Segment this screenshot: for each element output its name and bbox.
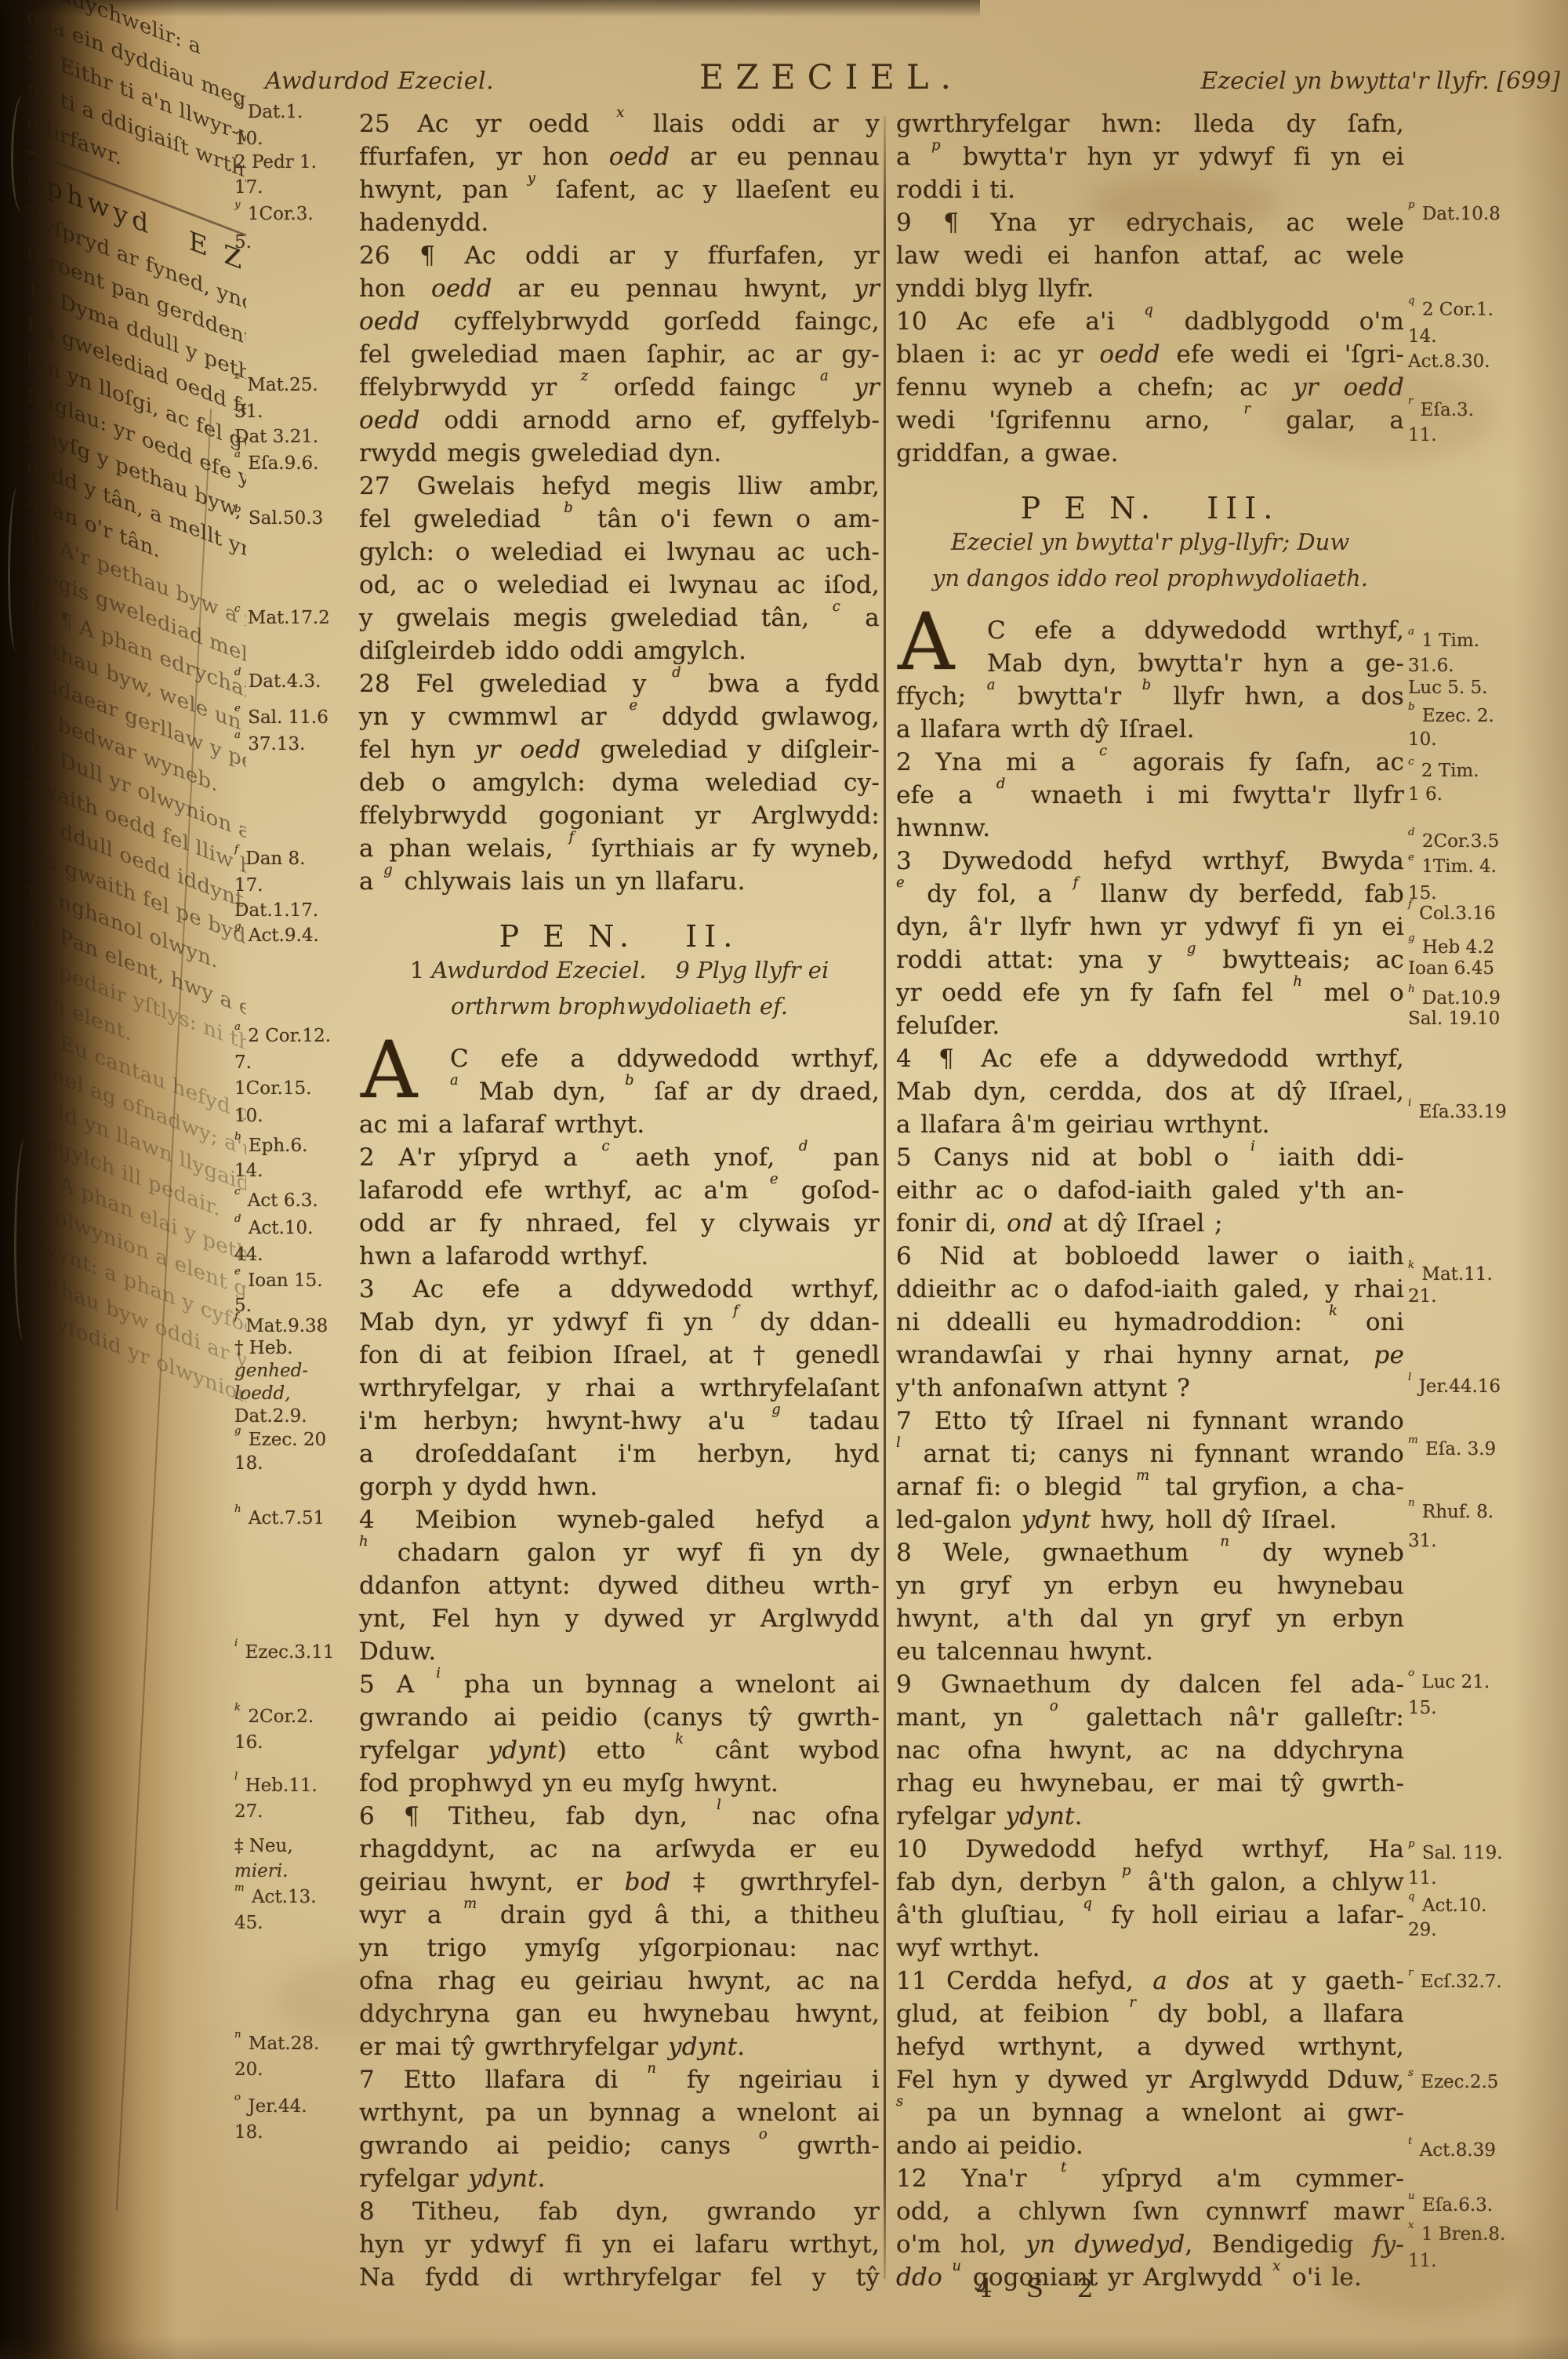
text-line: Dduw. [359,1636,880,1667]
margin-note: k 2Cor.2. [234,1707,314,1727]
page-gutter: l a ddychwelir: adda ein dyddiau megis c… [0,0,246,2359]
margin-note: 16. [234,1732,263,1753]
text-line: a llafara wrth dŷ Iſrael. [896,714,1404,745]
text-line: ynt, Fel hyn y dywed yr Arglwydd [359,1603,880,1634]
previous-page-fragment: l a ddychwelir: adda ein dyddiau megis c… [27,0,246,1459]
text-line: hefyd wrthynt, a dywed wrthynt, [896,2031,1404,2063]
text-line: eithr ac o dafod-iaith galed y'th an- [896,1175,1404,1206]
margin-note: 44. [234,1245,263,1265]
pen-scribble [11,94,34,212]
text-line: 25 Ac yr oedd x llais oddi ar y [359,108,880,140]
text-line: a llafara â'm geiriau wrthynt. [896,1109,1404,1140]
text-line: Na fydd di wrthryfelgar fel y tŷ [359,2262,880,2293]
text-line: 6 ¶ Titheu, fab dyn, l nac ofna [359,1801,880,1832]
text-line: C efe a ddywedodd wrthyf, [359,1043,880,1074]
text-line: Mab dyn, bwytta'r hyn a ge- [896,648,1404,679]
text-line: a g chlywais lais un yn llafaru. [359,866,880,897]
chapter-heading: P E N. II. [359,919,880,954]
margin-note: 21. [1408,1286,1437,1307]
text-line: 7 Etto tŷ Iſrael ni fynnant wrando [896,1405,1404,1437]
text-line: s pa un bynnag a wnelont ai gwr- [896,2097,1404,2128]
margin-note: i Ezec.3.11 [234,1642,335,1663]
text-line: ryfelgar ydynt. [359,2163,880,2194]
text-line: feluſder. [896,1010,1404,1041]
text-line: law wedi ei hanfon attaf, ac wele [896,240,1404,271]
text-line: 9 Gwnaethum dy dalcen fel ada- [896,1669,1404,1700]
margin-note: b Eph.6. [234,1136,307,1156]
margin-note: e Ioan 15. [234,1270,323,1291]
text-line: fel hyn yr oedd gwelediad y diſgleir- [359,734,880,765]
margin-note: 10. [234,129,263,149]
text-line: 8 Wele, gwnaethum n dy wyneb [896,1537,1404,1568]
text-line: ffelybrwydd gogoniant yr Arglwydd: [359,800,880,831]
text-line: led-galon ydynt hwy, holl dŷ Iſrael. [896,1504,1404,1536]
margin-note: 29. [1408,1920,1437,1940]
text-line: er mai tŷ gwrthryfelgar ydynt. [359,2031,880,2063]
chapter-summary-line: 1 Awdurdod Ezeciel. 9 Plyg llyfr ei [359,957,880,983]
margin-note: 31. [234,402,263,422]
text-line: â'th gluſtiau, q fy holl eiriau a lafar- [896,1899,1404,1931]
margin-note: y 1Cor.3. [234,204,314,224]
text-line: wrthynt, pa un bynnag a wnelont ai [359,2097,880,2128]
text-line: hwynt, pan y ſafent, ac y llaeſent eu [359,174,880,205]
text-line: roddi attat: yna y g bwytteais; ac [896,944,1404,976]
margin-note: 17. [234,875,263,896]
margin-note: h Dat.10.9 [1408,988,1501,1009]
text-line: C efe a ddywedodd wrthyf, [896,615,1404,646]
text-line: arnaf fi: o blegid m tal gryfion, a cha- [896,1471,1404,1503]
text-line: 11 Cerdda hefyd, a dos at y gaeth- [896,1965,1404,1997]
text-line: ando ai peidio. [896,2130,1404,2161]
text-line: fonir di, ond at dŷ Iſrael ; [896,1208,1404,1239]
margin-note: p Sal. 119. [1408,1843,1503,1863]
margin-note: n Rhuf. 8. [1408,1502,1494,1522]
pen-scribble [8,486,26,651]
text-line: hwynt, a'th dal yn gryf yn erbyn [896,1603,1404,1634]
margin-note: 20. [234,2059,263,2080]
text-line: glud, at feibion r dy bobl, a llafara [896,1998,1404,2030]
margin-note: Ioan 6.45 [1408,958,1494,979]
text-line: 3 Ac efe a ddywedodd wrthyf, [359,1274,880,1305]
margin-note: 45. [234,1913,263,1933]
page-bottom-shadow [0,2335,1568,2359]
text-line: fel gwelediad b tân o'i fewn o am- [359,503,880,535]
margin-note: Act.8.30. [1408,351,1490,372]
page-top-shadow [0,0,980,17]
text-line: 12 Yna'r t yſpryd a'm cymmer- [896,2163,1404,2194]
margin-note: c Mat.17.2 [234,608,330,628]
margin-note: r Ecſ.32.7. [1408,1972,1502,1992]
text-line: yn gryf yn erbyn eu hwynebau [896,1570,1404,1601]
text-line: odd ar fy nhraed, fel y clywais yr [359,1208,880,1239]
text-line: fel gwelediad maen ſaphir, ac ar gy- [359,339,880,370]
text-line: 4 Meibion wyneb-galed hefyd a [359,1504,880,1536]
margin-note: i Eſa.33.19 [1408,1102,1507,1122]
margin-note: 11. [1408,1868,1437,1888]
text-line: 5 A i pha un bynnag a wnelont ai [359,1669,880,1700]
page-right-shadow [1513,0,1568,2359]
text-line: nac ofna hwynt, ac na ddychryna [896,1735,1404,1766]
margin-note: d Dat.4.3. [234,671,321,692]
margin-note: Dat.2.9. [234,1406,307,1427]
margin-note: u Eſa.6.3. [1408,2195,1493,2215]
margin-note: † Heb. [234,1338,293,1358]
text-line: fon di at feibion Iſrael, at † genedl [359,1339,880,1371]
paper-stain [274,1961,439,2039]
text-line: hyn yr ydwyf fi yn ei lafaru wrthyt, [359,2229,880,2260]
margin-note: a 1 Tim. [1408,631,1479,651]
text-line: wrandawſai y rhai hynny arnat, pe [896,1339,1404,1371]
margin-note: ‡ Neu, [234,1836,293,1856]
text-line: 28 Fel gwelediad y d bwa a fydd [359,668,880,700]
margin-note: 31.6. [1408,656,1454,676]
margin-note: 10. [234,1106,263,1126]
margin-note: q Act.10. [1408,1896,1486,1916]
text-line: ffurfafen, yr hon oedd ar eu pennau [359,141,880,173]
text-line: rhagddynt, ac na arſwyda er eu [359,1834,880,1865]
text-line: gorph y dydd hwn. [359,1471,880,1503]
text-line: ddieithr ac o dafod-iaith galed, y rhai [896,1274,1404,1305]
text-line: hon oedd ar eu pennau hwynt, yr [359,273,880,304]
text-column-right: gwrthryfelgar hwn: lleda dy ſafn,a p bwy… [896,0,1404,2359]
margin-note: l Jer.44.16 [1408,1376,1501,1397]
text-line: 6 Nid at bobloedd lawer o iaith [896,1241,1404,1272]
text-line: rwydd megis gwelediad dyn. [359,438,880,469]
margin-note: 15. [1408,1698,1437,1718]
text-line: deb o amgylch: dyma welediad cy- [359,767,880,798]
text-line: 3 Dywedodd hefyd wrthyf, Bwyda [896,845,1404,877]
margin-note: g Ezec. 20 [234,1430,326,1450]
margin-note: c Act 6.3. [234,1190,318,1211]
margin-note: 7. [234,1052,252,1073]
text-line: l arnat ti; canys ni fynnant wrando [896,1438,1404,1470]
margin-note: 14. [234,1161,263,1181]
margin-note: f Dan 8. [234,849,305,869]
margin-note: c 2 Tim. [1408,761,1479,781]
text-line: fod prophwyd yn eu myſg hwynt. [359,1768,880,1799]
text-line: 4 ¶ Ac efe a ddywedodd wrthyf, [896,1043,1404,1074]
text-line: gwrthryfelgar hwn: lleda dy ſafn, [896,108,1404,140]
text-line: lafarodd efe wrthyf, ac a'm e goſod- [359,1175,880,1206]
margin-note: k Mat.11. [1408,1264,1493,1285]
text-line: 7 Etto llafara di n fy ngeiriau i [359,2064,880,2095]
margin-note: z Mat.25. [234,375,318,395]
margin-note: q 2 Cor.1. [1408,300,1494,320]
text-line: gylch: o welediad ei lwynau ac uch- [359,536,880,568]
margin-note: 17. [234,177,263,198]
text-line: wrthryfelgar, y rhai a wrthryfelaſant [359,1372,880,1404]
margin-note: 1Cor.15. [234,1078,311,1099]
text-line: a p bwytta'r hyn yr ydwyf fi yn ei [896,141,1404,173]
text-line: fab dyn, derbyn p â'th galon, a chlyw [896,1866,1404,1898]
text-line: ni ddealli eu hymadroddion: k oni [896,1307,1404,1338]
margin-note: 27. [234,1801,263,1822]
margin-note: g Heb 4.2 [1408,937,1494,958]
text-line: y'th anfonaſwn attynt ? [896,1372,1404,1404]
text-line: odd, a chlywn ſwn cynnwrf mawr [896,2196,1404,2227]
margin-note: b Sal.50.3 [234,508,323,529]
text-line: gwrando ai peidio; canys o gwrth- [359,2130,880,2161]
margin-note: s Ezec.2.5 [1408,2072,1498,2092]
text-line: ffelybrwydd yr z orſedd faingc a yr [359,372,880,403]
chapter-summary-line: orthrwm brophwydoliaeth ef. [359,993,880,1020]
margin-note: loedd, [234,1383,291,1404]
text-line: ffych; a bwytta'r b llyfr hwn, a dos [896,681,1404,712]
book-page: l a ddychwelir: adda ein dyddiau megis c… [0,0,1568,2359]
margin-note: f Mat.9.38 [234,1316,328,1336]
chapter-summary-line: Ezeciel yn bwytta'r plyg-llyfr; Duw [896,529,1404,555]
margin-note: Sal. 19.10 [1408,1009,1500,1029]
margin-note: a 37.13. [234,734,305,754]
paper-stain [1266,369,1494,463]
text-line: hwnnw. [896,812,1404,844]
text-line: oedd cyffelybrwydd gorſedd faingc, [359,306,880,337]
column-divider-rule [884,116,886,2279]
text-line: ynddi blyg llyfr. [896,273,1404,304]
text-line: blaen i: ac yr oedd efe wedi ei 'ſgri- [896,339,1404,370]
text-line: oedd oddi arnodd arno ef, gyffelyb- [359,405,880,436]
margin-note: 15. [1408,883,1437,903]
text-line: gwrando ai peidio (canys tŷ gwrth- [359,1702,880,1733]
text-line: h chadarn galon yr wyf fi yn dy [359,1537,880,1568]
margin-note: 1 6. [1408,784,1443,805]
margin-note: f Col.3.16 [1408,903,1496,924]
text-line: wyr a m drain gyd â thi, a thitheu [359,1899,880,1931]
margin-note: d 2Cor.3.5 [1408,831,1499,852]
text-line: mant, yn o galettach nâ'r galleſtr: [896,1702,1404,1733]
margin-note: a 2 Cor.12. [234,1026,331,1046]
text-line: 10 Ac efe a'i q dadblygodd o'm [896,306,1404,337]
text-line: y gwelais megis gwelediad tân, c a [359,602,880,634]
text-line: hadenydd. [359,207,880,238]
text-line: 5 Canys nid at bobl o i iaith ddi- [896,1142,1404,1173]
text-line: a droſeddaſant i'm herbyn, hyd [359,1438,880,1470]
pen-scribble [14,1137,35,1341]
text-line: ac mi a lafaraf wrthyt. [359,1109,880,1140]
text-line: 8 Titheu, fab dyn, gwrando yr [359,2196,880,2227]
margin-note: 5. [234,232,252,253]
chapter-summary-line: yn dangos iddo reol prophwydoliaeth. [896,565,1404,591]
margin-note: 31. [1408,1531,1437,1551]
text-line: geiriau hwynt, er bod ‡ gwrthryfel- [359,1866,880,1898]
text-line: yr oedd efe yn fy ſafn fel h mel o [896,977,1404,1009]
text-line: 27 Gwelais hefyd megis lliw ambr, [359,471,880,502]
margin-note: d Act.10. [234,1218,313,1238]
text-line: Mab dyn, yr ydwyf fi yn f dy ddan- [359,1307,880,1338]
chapter-heading: P E N. III. [896,491,1404,525]
text-line: i'm herbyn; hwynt-hwy a'u g tadau [359,1405,880,1437]
text-line: hwn a lafarodd wrthyf. [359,1241,880,1272]
text-line: eu talcennau hwynt. [896,1636,1404,1667]
margin-note: 14. [1408,326,1437,347]
margin-note: 10. [1408,729,1437,750]
text-line: ryfelgar ydynt. [896,1801,1404,1832]
text-line: yn trigo ymyſg yſgorpionau: nac [359,1932,880,1964]
margin-note: o Luc 21. [1408,1672,1490,1692]
text-line: 10 Dywedodd hefyd wrthyf, Ha [896,1834,1404,1865]
margin-note: b Ezec. 2. [1408,706,1494,726]
margin-note: p Dat.10.8 [1408,204,1501,224]
margin-note: n Mat.28. [234,2034,319,2054]
paper-stain [1317,2219,1529,2314]
text-line: 26 ¶ Ac oddi ar y ffurfafen, yr [359,240,880,271]
margin-note: 18. [234,1453,263,1474]
margin-note: mieri. [234,1861,288,1881]
margin-note: m Act.13. [234,1887,317,1907]
margin-note: l Heb.11. [234,1776,318,1796]
text-line: wyf wrthyt. [896,1932,1404,1964]
text-line: 2 Yna mi a c agorais fy ſafn, ac [896,747,1404,778]
signature-mark: 4 S 2 [976,2273,1106,2303]
margin-note: e Sal. 11.6 [234,707,328,728]
text-line: a Mab dyn, b ſaf ar dy draed, [359,1076,880,1107]
margin-note: h Act.7.51 [234,1508,325,1528]
text-line: diſgleirdeb iddo oddi amgylch. [359,635,880,667]
margin-note: m Eſa. 3.9 [1408,1439,1496,1459]
text-line: dyn, â'r llyfr hwn yr ydwyf fi yn ei [896,911,1404,943]
text-line: a phan welais, f ſyrthiais ar fy wyneb, [359,833,880,864]
text-line: rhag eu hwynebau, er mai tŷ gwrth- [896,1768,1404,1799]
margin-note: g Act.9.4. [234,925,319,946]
margin-note: 2 Pedr 1. [234,152,317,173]
paper-stain [1090,176,1278,231]
margin-note: genhed- [234,1361,308,1381]
text-line: Fel hyn y dywed yr Arglwydd Dduw, [896,2064,1404,2095]
text-line: Mab dyn, cerdda, dos at dŷ Iſrael, [896,1076,1404,1107]
margin-note: Dat.1.17. [234,900,318,921]
margin-note: o Jer.44. [234,2096,307,2117]
text-line: ddanfon attynt: dywed ditheu wrth- [359,1570,880,1601]
margin-note: Luc 5. 5. [1408,678,1487,698]
text-line: od, ac o welediad ei lwynau ac iſod, [359,569,880,601]
margin-note: 18. [234,2122,263,2143]
margin-note: e 1Tim. 4. [1408,856,1497,877]
text-line: e dy fol, a f llanw dy berfedd, fab [896,878,1404,910]
text-line: yn y cwmmwl ar e ddydd gwlawog, [359,701,880,732]
margin-note: a Eſa.9.6. [234,453,318,474]
text-line: 2 A'r yſpryd a c aeth ynof, d pan [359,1142,880,1173]
text-line: efe a d wnaeth i mi fwytta'r llyfr [896,780,1404,811]
margin-note: t Act.8.39 [1408,2140,1496,2161]
text-line: ryfelgar ydynt) etto k cânt wybod [359,1735,880,1766]
margin-note: x Dat.1. [234,102,303,122]
margin-note: Dat 3.21. [234,427,318,447]
